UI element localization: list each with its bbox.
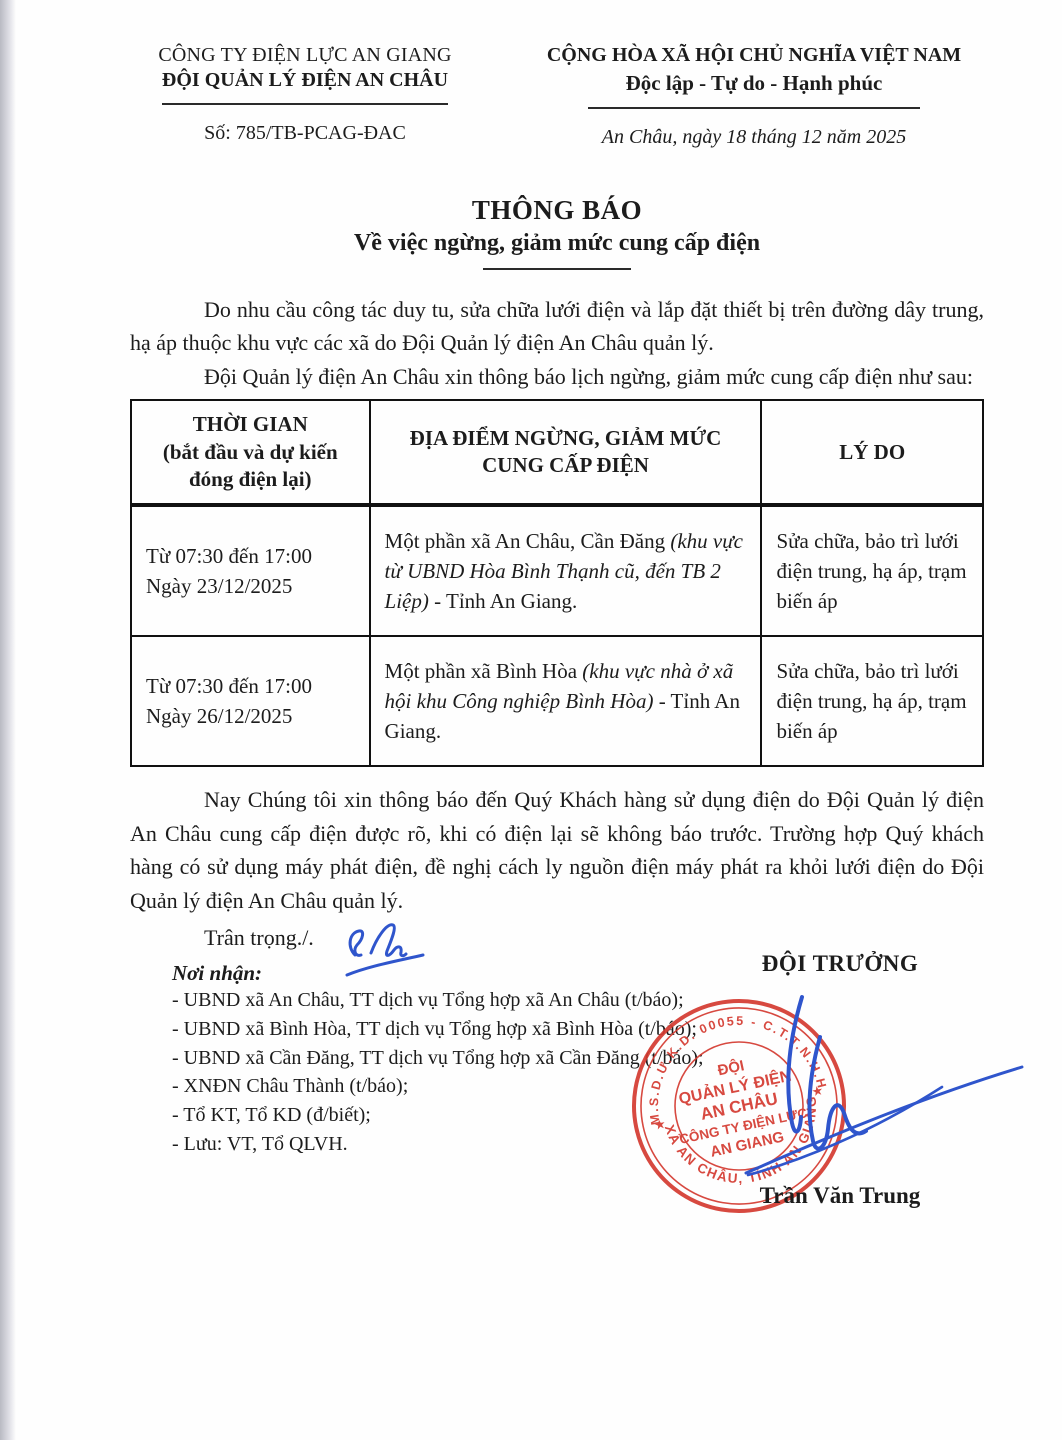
- row2-date: Ngày 26/12/2025: [146, 701, 355, 731]
- document-subtitle: Về việc ngừng, giảm mức cung cấp điện: [130, 230, 984, 257]
- country-name: CỘNG HÒA XÃ HỘI CHỦ NGHĨA VIỆT NAM: [524, 44, 984, 67]
- document-page: CÔNG TY ĐIỆN LỰC AN GIANG ĐỘI QUẢN LÝ ĐI…: [0, 0, 1062, 1287]
- header-reason: LÝ DO: [761, 400, 983, 505]
- signature-section: Nơi nhận: - UBND xã An Châu, TT dịch vụ …: [130, 957, 984, 1287]
- document-header: CÔNG TY ĐIỆN LỰC AN GIANG ĐỘI QUẢN LÝ ĐI…: [130, 44, 984, 149]
- closing-paragraph: Nay Chúng tôi xin thông báo đến Quý Khác…: [130, 783, 984, 917]
- table-header-row: THỜI GIAN (bắt đầu và dự kiến đóng điện …: [131, 400, 983, 505]
- row1-loc-pre: Một phần xã An Châu, Cần Đăng: [385, 529, 671, 553]
- row1-time-range: Từ 07:30 đến 17:00: [146, 541, 355, 571]
- row2-time-range: Từ 07:30 đến 17:00: [146, 671, 355, 701]
- header-time-note: (bắt đầu và dự kiến đóng điện lại): [140, 439, 361, 494]
- intro-paragraph-2: Đội Quản lý điện An Châu xin thông báo l…: [130, 360, 984, 393]
- place-date: An Châu, ngày 18 tháng 12 năm 2025: [524, 126, 984, 149]
- table-row: Từ 07:30 đến 17:00 Ngày 23/12/2025 Một p…: [131, 505, 983, 636]
- handwritten-signature: [650, 985, 1040, 1195]
- header-time-title: THỜI GIAN: [140, 411, 361, 438]
- intro-paragraph-1: Do nhu cầu công tác duy tu, sửa chữa lướ…: [130, 293, 984, 360]
- national-motto: Độc lập - Tự do - Hạnh phúc: [524, 71, 984, 96]
- row1-reason: Sửa chữa, bảo trì lưới điện trung, hạ áp…: [761, 505, 983, 636]
- row1-date: Ngày 23/12/2025: [146, 571, 355, 601]
- regards-text: Trân trọng./.: [204, 925, 314, 950]
- table-row: Từ 07:30 đến 17:00 Ngày 26/12/2025 Một p…: [131, 636, 983, 766]
- issuer-block: CÔNG TY ĐIỆN LỰC AN GIANG ĐỘI QUẢN LÝ ĐI…: [130, 44, 480, 145]
- signer-name: Trần Văn Trung: [690, 1183, 990, 1209]
- row2-location: Một phần xã Bình Hòa (khu vực nhà ở xã h…: [370, 636, 762, 766]
- motto-underline: [588, 107, 920, 109]
- row2-loc-pre: Một phần xã Bình Hòa: [385, 659, 583, 683]
- title-block: THÔNG BÁO Về việc ngừng, giảm mức cung c…: [130, 195, 984, 275]
- regards-line: Trân trọng./.: [204, 925, 984, 951]
- national-block: CỘNG HÒA XÃ HỘI CHỦ NGHĨA VIỆT NAM Độc l…: [524, 44, 984, 149]
- issuer-underline: [162, 103, 448, 105]
- row1-loc-post: - Tỉnh An Giang.: [429, 589, 577, 613]
- document-number: Số: 785/TB-PCAG-ĐAC: [130, 122, 480, 145]
- header-location: ĐỊA ĐIỂM NGỪNG, GIẢM MỨC CUNG CẤP ĐIỆN: [370, 400, 762, 505]
- title-underline: [483, 268, 631, 270]
- row2-time: Từ 07:30 đến 17:00 Ngày 26/12/2025: [131, 636, 370, 766]
- signer-title: ĐỘI TRƯỞNG: [690, 951, 990, 977]
- row1-location: Một phần xã An Châu, Cần Đăng (khu vực t…: [370, 505, 762, 636]
- header-time: THỜI GIAN (bắt đầu và dự kiến đóng điện …: [131, 400, 370, 505]
- outage-schedule-table: THỜI GIAN (bắt đầu và dự kiến đóng điện …: [130, 399, 984, 767]
- recipients-label: Nơi nhận:: [172, 961, 732, 986]
- row1-time: Từ 07:30 đến 17:00 Ngày 23/12/2025: [131, 505, 370, 636]
- issuer-company: CÔNG TY ĐIỆN LỰC AN GIANG: [130, 44, 480, 67]
- document-title: THÔNG BÁO: [130, 195, 984, 226]
- row2-reason: Sửa chữa, bảo trì lưới điện trung, hạ áp…: [761, 636, 983, 766]
- issuer-unit: ĐỘI QUẢN LÝ ĐIỆN AN CHÂU: [130, 69, 480, 92]
